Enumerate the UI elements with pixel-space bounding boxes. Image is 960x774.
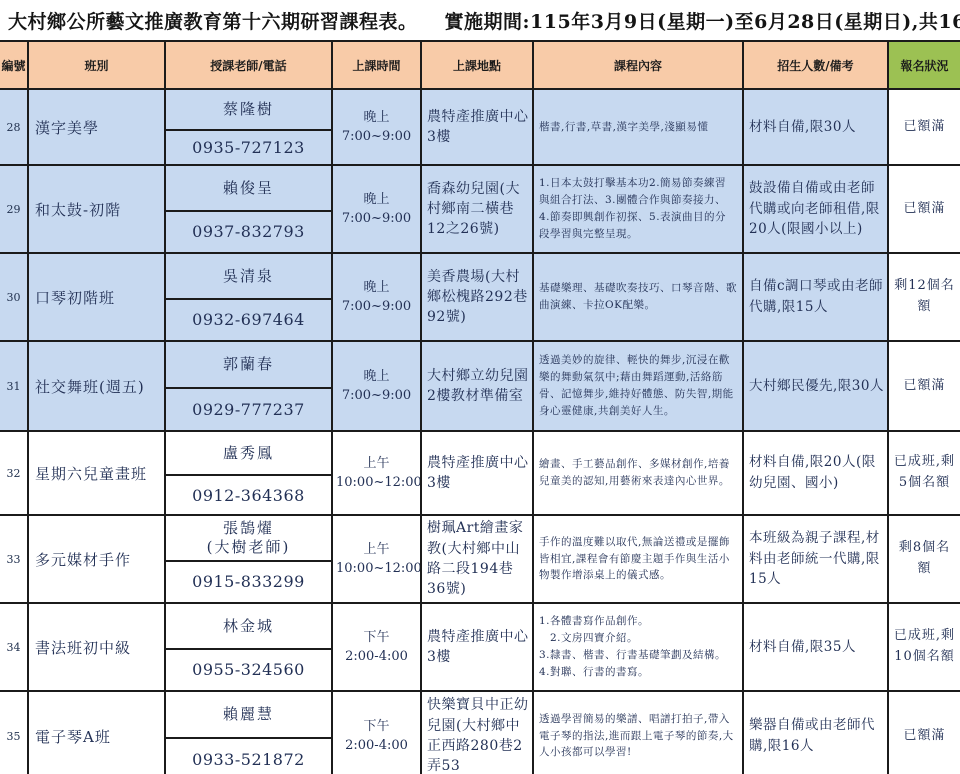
table-row: 34書法班初中級林金城0955-324560下午2:00-4:00農特產推廣中心…: [0, 603, 960, 691]
time-period: 晚上: [336, 108, 417, 128]
time-range: 10:00~12:00: [336, 473, 417, 493]
teacher-name: 盧秀鳳: [166, 432, 331, 476]
header-row: 編號 班別 授課老師/電話 上課時間 上課地點 課程內容 招生人數/備考 報名狀…: [0, 41, 960, 89]
table-body: 28漢字美學蔡隆樹0935-727123晚上7:00~9:00農特產推廣中心3樓…: [0, 89, 960, 774]
cell-class-time: 下午2:00-4:00: [332, 603, 421, 691]
cell-location: 農特產推廣中心3樓: [421, 89, 533, 165]
cell-registration-status: 已額滿: [888, 341, 960, 431]
cell-row-number: 29: [0, 165, 28, 253]
page-title: 大村鄉公所藝文推廣教育第十六期研習課程表。: [8, 7, 418, 34]
cell-location: 喬森幼兒園(大村鄉南二橫巷12之26號): [421, 165, 533, 253]
table-row: 30口琴初階班吳清泉0932-697464晚上7:00~9:00美香農場(大村鄉…: [0, 253, 960, 341]
cell-registration-status: 已額滿: [888, 89, 960, 165]
teacher-phone: 0935-727123: [166, 131, 331, 164]
cell-class-name: 書法班初中級: [28, 603, 165, 691]
cell-class-name: 漢字美學: [28, 89, 165, 165]
cell-course-content: 繪畫、手工藝品創作、多媒材創作,培養兒童美的認知,用藝術來表達內心世界。: [533, 431, 743, 515]
time-period: 晚上: [336, 367, 417, 387]
teacher-name: 賴麗慧: [166, 692, 331, 739]
cell-course-content: 透過美妙的旋律、輕快的舞步,沉浸在歡樂的舞動氣氛中;藉由舞蹈運動,活絡筋骨、記憶…: [533, 341, 743, 431]
header-registration-status: 報名狀況: [888, 41, 960, 89]
cell-quota-notes: 自備c調口琴或由老師代購,限15人: [743, 253, 888, 341]
cell-location: 樹珮Art繪畫家教(大村鄉中山路二段194巷36號): [421, 515, 533, 603]
cell-teacher: 盧秀鳳0912-364368: [165, 431, 332, 515]
cell-row-number: 32: [0, 431, 28, 515]
teacher-name: 蔡隆樹: [166, 90, 331, 131]
cell-teacher: 郭蘭春0929-777237: [165, 341, 332, 431]
teacher-phone: 0932-697464: [166, 300, 331, 340]
cell-class-name: 多元媒材手作: [28, 515, 165, 603]
cell-registration-status: 已額滿: [888, 165, 960, 253]
teacher-name: 賴俊呈: [166, 166, 331, 212]
cell-row-number: 31: [0, 341, 28, 431]
header-teacher-phone: 授課老師/電話: [165, 41, 332, 89]
cell-class-name: 電子琴A班: [28, 691, 165, 774]
cell-class-time: 晚上7:00~9:00: [332, 253, 421, 341]
cell-quota-notes: 材料自備,限20人(限幼兒園、國小): [743, 431, 888, 515]
implementation-period: 實施期間:115年3月9日(星期一)至6月28日(星期日),共16週: [445, 7, 960, 34]
teacher-phone: 0955-324560: [166, 650, 331, 690]
header-course-content: 課程內容: [533, 41, 743, 89]
cell-course-content: 基礎樂理、基礎吹奏技巧、口琴音階、歌曲演練、卡拉OK配樂。: [533, 253, 743, 341]
cell-registration-status: 剩12個名額: [888, 253, 960, 341]
time-period: 晚上: [336, 278, 417, 298]
cell-registration-status: 已額滿: [888, 691, 960, 774]
cell-row-number: 33: [0, 515, 28, 603]
cell-quota-notes: 樂器自備或由老師代購,限16人: [743, 691, 888, 774]
time-range: 7:00~9:00: [336, 209, 417, 229]
table-row: 35電子琴A班賴麗慧0933-521872下午2:00-4:00快樂寶貝中正幼兒…: [0, 691, 960, 774]
time-period: 下午: [336, 628, 417, 648]
teacher-wrap: 盧秀鳳0912-364368: [166, 432, 331, 514]
cell-location: 農特產推廣中心3樓: [421, 431, 533, 515]
cell-teacher: 林金城0955-324560: [165, 603, 332, 691]
header-class-name: 班別: [28, 41, 165, 89]
teacher-wrap: 賴俊呈0937-832793: [166, 166, 331, 252]
teacher-name: 張鵠燿 (大樹老師): [166, 516, 331, 562]
cell-course-content: 透過學習簡易的樂譜、唱譜打拍子,帶入電子琴的指法,進而跟上電子琴的節奏,大人小孩…: [533, 691, 743, 774]
cell-quota-notes: 本班級為親子課程,材料由老師統一代購,限15人: [743, 515, 888, 603]
cell-row-number: 30: [0, 253, 28, 341]
header-quota-notes: 招生人數/備考: [743, 41, 888, 89]
table-row: 29和太鼓-初階賴俊呈0937-832793晚上7:00~9:00喬森幼兒園(大…: [0, 165, 960, 253]
cell-class-name: 星期六兒童畫班: [28, 431, 165, 515]
time-range: 7:00~9:00: [336, 386, 417, 406]
table-row: 31社交舞班(週五)郭蘭春0929-777237晚上7:00~9:00大村鄉立幼…: [0, 341, 960, 431]
table-row: 33多元媒材手作張鵠燿 (大樹老師)0915-833299上午10:00~12:…: [0, 515, 960, 603]
teacher-name: 林金城: [166, 604, 331, 650]
cell-row-number: 35: [0, 691, 28, 774]
cell-course-content: 楷書,行書,草書,漢字美學,淺顯易懂: [533, 89, 743, 165]
teacher-wrap: 吳清泉0932-697464: [166, 254, 331, 340]
cell-location: 快樂寶貝中正幼兒園(大村鄉中正西路280巷2弄53: [421, 691, 533, 774]
time-period: 上午: [336, 540, 417, 560]
cell-registration-status: 剩8個名額: [888, 515, 960, 603]
header-location: 上課地點: [421, 41, 533, 89]
cell-quota-notes: 鼓設備自備或由老師代購或向老師租借,限20人(限國小以上): [743, 165, 888, 253]
teacher-phone: 0912-364368: [166, 476, 331, 514]
cell-class-name: 社交舞班(週五): [28, 341, 165, 431]
cell-location: 大村鄉立幼兒園 2樓教材準備室: [421, 341, 533, 431]
course-schedule-page: 大村鄉公所藝文推廣教育第十六期研習課程表。 實施期間:115年3月9日(星期一)…: [0, 0, 960, 774]
cell-registration-status: 已成班,剩10個名額: [888, 603, 960, 691]
teacher-phone: 0915-833299: [166, 562, 331, 602]
cell-teacher: 賴麗慧0933-521872: [165, 691, 332, 774]
cell-class-time: 晚上7:00~9:00: [332, 341, 421, 431]
cell-row-number: 34: [0, 603, 28, 691]
time-range: 2:00-4:00: [336, 647, 417, 667]
cell-class-name: 和太鼓-初階: [28, 165, 165, 253]
time-period: 上午: [336, 454, 417, 474]
time-period: 晚上: [336, 190, 417, 210]
table-header: 編號 班別 授課老師/電話 上課時間 上課地點 課程內容 招生人數/備考 報名狀…: [0, 41, 960, 89]
teacher-name: 郭蘭春: [166, 342, 331, 389]
cell-quota-notes: 大村鄉民優先,限30人: [743, 341, 888, 431]
teacher-name: 吳清泉: [166, 254, 331, 300]
teacher-wrap: 張鵠燿 (大樹老師)0915-833299: [166, 516, 331, 602]
teacher-wrap: 林金城0955-324560: [166, 604, 331, 690]
cell-location: 農特產推廣中心3樓: [421, 603, 533, 691]
cell-quota-notes: 材料自備,限35人: [743, 603, 888, 691]
table-row: 32星期六兒童畫班盧秀鳳0912-364368上午10:00~12:00農特產推…: [0, 431, 960, 515]
teacher-wrap: 蔡隆樹0935-727123: [166, 90, 331, 164]
cell-registration-status: 已成班,剩5個名額: [888, 431, 960, 515]
cell-row-number: 28: [0, 89, 28, 165]
cell-teacher: 賴俊呈0937-832793: [165, 165, 332, 253]
cell-teacher: 張鵠燿 (大樹老師)0915-833299: [165, 515, 332, 603]
cell-course-content: 1.日本太鼓打擊基本功2.簡易節奏練習與組合打法、3.團體合作與節奏接力、4.節…: [533, 165, 743, 253]
cell-teacher: 吳清泉0932-697464: [165, 253, 332, 341]
cell-class-time: 下午2:00-4:00: [332, 691, 421, 774]
time-range: 2:00-4:00: [336, 736, 417, 756]
cell-quota-notes: 材料自備,限30人: [743, 89, 888, 165]
teacher-phone: 0929-777237: [166, 389, 331, 430]
course-table: 編號 班別 授課老師/電話 上課時間 上課地點 課程內容 招生人數/備考 報名狀…: [0, 40, 960, 774]
title-bar: 大村鄉公所藝文推廣教育第十六期研習課程表。 實施期間:115年3月9日(星期一)…: [0, 0, 960, 40]
time-period: 下午: [336, 717, 417, 737]
teacher-wrap: 賴麗慧0933-521872: [166, 692, 331, 774]
table-row: 28漢字美學蔡隆樹0935-727123晚上7:00~9:00農特產推廣中心3樓…: [0, 89, 960, 165]
cell-course-content: 1.各體書寫作品創作。 2.文房四寶介紹。 3.隸書、楷書、行書基礎筆劃及結構。…: [533, 603, 743, 691]
cell-class-time: 晚上7:00~9:00: [332, 89, 421, 165]
cell-class-name: 口琴初階班: [28, 253, 165, 341]
header-row-number: 編號: [0, 41, 28, 89]
time-range: 10:00~12:00: [336, 559, 417, 579]
teacher-phone: 0933-521872: [166, 739, 331, 774]
cell-location: 美香農場(大村鄉松槐路292巷92號): [421, 253, 533, 341]
time-range: 7:00~9:00: [336, 297, 417, 317]
teacher-phone: 0937-832793: [166, 212, 331, 252]
header-class-time: 上課時間: [332, 41, 421, 89]
cell-class-time: 晚上7:00~9:00: [332, 165, 421, 253]
cell-course-content: 手作的溫度難以取代,無論送禮或是擺飾皆相宜,課程會有節慶主題手作與生活小物製作增…: [533, 515, 743, 603]
time-range: 7:00~9:00: [336, 127, 417, 147]
cell-teacher: 蔡隆樹0935-727123: [165, 89, 332, 165]
cell-class-time: 上午10:00~12:00: [332, 515, 421, 603]
teacher-wrap: 郭蘭春0929-777237: [166, 342, 331, 430]
cell-class-time: 上午10:00~12:00: [332, 431, 421, 515]
